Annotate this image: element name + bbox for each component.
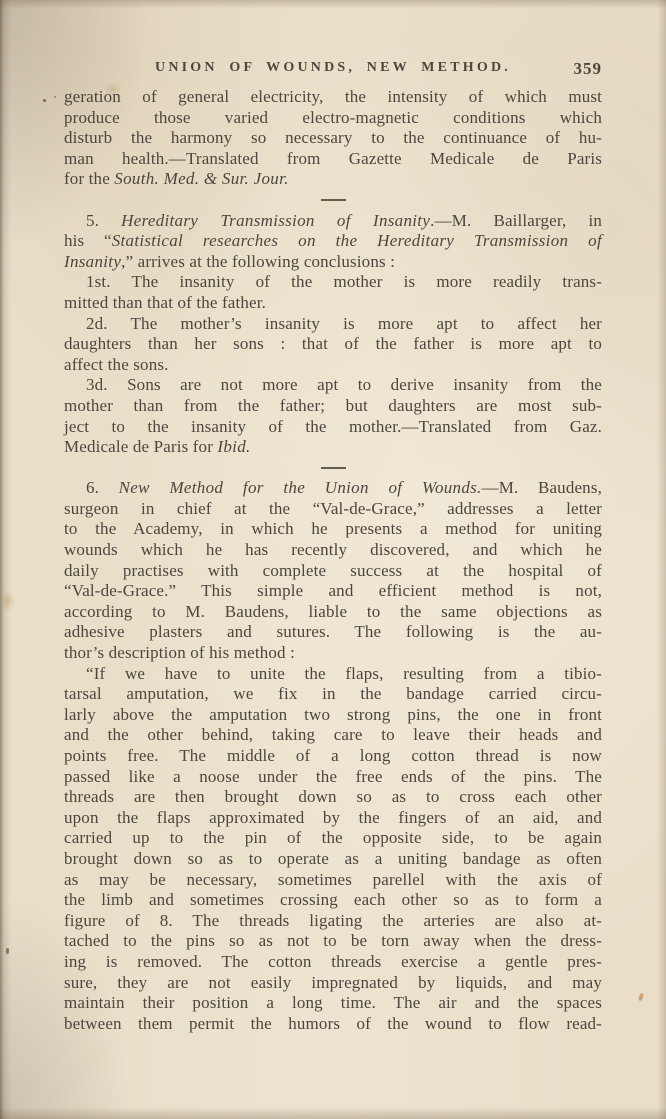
text-segment: for the	[64, 169, 114, 188]
text-line: brought down so as to operate as a uniti…	[64, 849, 602, 870]
text-segment: carried up to the pin of the opposite si…	[64, 828, 602, 847]
text-segment: upon the flaps approximated by the finge…	[64, 808, 602, 827]
text-line: “Val-de-Grace.” This simple and efficien…	[64, 581, 602, 602]
section-separator	[64, 190, 602, 211]
text-segment: mitted than that of the father.	[64, 293, 266, 312]
text-segment: “If we have to unite the flaps, resultin…	[86, 664, 602, 683]
text-line: between them permit the humors of the wo…	[64, 1014, 602, 1035]
text-segment: to the Academy, in which he presents a m…	[64, 519, 602, 538]
text-segment: disturb the harmony so necessary to the …	[64, 128, 602, 147]
text-segment: ject to the insanity of the mother.—Tran…	[64, 417, 602, 436]
text-segment: —M. Baudens,	[482, 478, 602, 497]
paper-speck	[6, 948, 9, 954]
text-segment: brought down so as to operate as a uniti…	[64, 849, 602, 868]
text-segment: surgeon in chief at the “Val-de-Grace,” …	[64, 499, 602, 518]
text-line: produce those varied electro-magnetic co…	[64, 108, 602, 129]
text-line: disturb the harmony so necessary to the …	[64, 128, 602, 149]
text-line: 1st. The insanity of the mother is more …	[64, 272, 602, 293]
text-line: ing is removed. The cotton threads exerc…	[64, 952, 602, 973]
text-segment: and the other behind, taking care to lea…	[64, 725, 602, 744]
text-segment: 3d. Sons are not more apt to derive insa…	[86, 375, 602, 394]
text-line: affect the sons.	[64, 355, 602, 376]
paper-stain	[0, 590, 16, 612]
paper-speck	[54, 96, 56, 98]
text-line: adhesive plasters and sutures. The follo…	[64, 622, 602, 643]
text-segment: according to M. Baudens, liable to the s…	[64, 602, 602, 621]
page-header: UNION OF WOUNDS, NEW METHOD. 359	[64, 60, 602, 80]
text-line: 6. New Method for the Union of Wounds.—M…	[64, 478, 602, 499]
text-line: geration of general electricity, the int…	[64, 87, 602, 108]
text-line: larly above the amputation two strong pi…	[64, 705, 602, 726]
italic-text: Insanity	[64, 252, 121, 271]
text-line: Insanity,” arrives at the following conc…	[64, 252, 602, 273]
text-segment: daughters than her sons : that of the fa…	[64, 334, 602, 353]
text-segment: daily practises with complete success at…	[64, 561, 602, 580]
text-segment: ,” arrives at the following conclusions …	[121, 252, 395, 271]
text-segment: his “	[64, 231, 112, 250]
text-line: figure of 8. The threads ligating the ar…	[64, 911, 602, 932]
book-page: UNION OF WOUNDS, NEW METHOD. 359 geratio…	[0, 0, 666, 1119]
text-segment: ing is removed. The cotton threads exerc…	[64, 952, 602, 971]
text-segment: man health.—Translated from Gazette Medi…	[64, 149, 602, 168]
text-segment: as may be necessary, sometimes parellel …	[64, 870, 602, 889]
text-line: ject to the insanity of the mother.—Tran…	[64, 417, 602, 438]
paragraph: geration of general electricity, the int…	[64, 87, 602, 190]
text-line: passed like a noose under the free ends …	[64, 767, 602, 788]
text-segment: .—M. Baillarger, in	[430, 211, 602, 230]
paragraph: 5. Hereditary Transmission of Insanity.—…	[64, 211, 602, 273]
text-segment: points free. The middle of a long cotton…	[64, 746, 602, 765]
text-line: mother than from the father; but daughte…	[64, 396, 602, 417]
text-line: upon the flaps approximated by the finge…	[64, 808, 602, 829]
text-line: surgeon in chief at the “Val-de-Grace,” …	[64, 499, 602, 520]
text-line: and the other behind, taking care to lea…	[64, 725, 602, 746]
text-segment: between them permit the humors of the wo…	[64, 1014, 602, 1033]
text-segment: tached to the pins so as not to be torn …	[64, 931, 602, 950]
text-segment: maintain their position a long time. The…	[64, 993, 602, 1012]
paragraph: 2d. The mother’s insanity is more apt to…	[64, 314, 602, 376]
text-line: 2d. The mother’s insanity is more apt to…	[64, 314, 602, 335]
italic-text: South. Med. & Sur. Jour.	[114, 169, 288, 188]
text-line: carried up to the pin of the opposite si…	[64, 828, 602, 849]
text-line: Medicale de Paris for Ibid.	[64, 437, 602, 458]
text-segment: tarsal amputation, we fix in the bandage…	[64, 684, 602, 703]
text-segment: geration of general electricity, the int…	[64, 87, 602, 106]
text-line: mitted than that of the father.	[64, 293, 602, 314]
text-line: according to M. Baudens, liable to the s…	[64, 602, 602, 623]
page-body: geration of general electricity, the int…	[64, 87, 602, 1034]
text-segment: produce those varied electro-magnetic co…	[64, 108, 602, 127]
text-line: sure, they are not easily impregnated by…	[64, 973, 602, 994]
text-line: points free. The middle of a long cotton…	[64, 746, 602, 767]
text-line: threads are then brought down so as to c…	[64, 787, 602, 808]
paragraph: 3d. Sons are not more apt to derive insa…	[64, 375, 602, 457]
text-segment: the limb and sometimes crossing each oth…	[64, 890, 602, 909]
text-line: man health.—Translated from Gazette Medi…	[64, 149, 602, 170]
paragraph: 6. New Method for the Union of Wounds.—M…	[64, 478, 602, 663]
text-line: his “Statistical researches on the Hered…	[64, 231, 602, 252]
text-line: maintain their position a long time. The…	[64, 993, 602, 1014]
text-segment: threads are then brought down so as to c…	[64, 787, 602, 806]
text-segment: adhesive plasters and sutures. The follo…	[64, 622, 602, 641]
text-segment: Medicale de Paris for	[64, 437, 217, 456]
text-segment: wounds which he has recently discovered,…	[64, 540, 602, 559]
text-segment: 6.	[86, 478, 119, 497]
text-line: daily practises with complete success at…	[64, 561, 602, 582]
paragraph: 1st. The insanity of the mother is more …	[64, 272, 602, 313]
section-separator	[64, 458, 602, 479]
text-line: 3d. Sons are not more apt to derive insa…	[64, 375, 602, 396]
separator-rule	[321, 199, 346, 201]
text-line: thor’s description of his method :	[64, 643, 602, 664]
separator-rule	[321, 467, 346, 469]
text-segment: mother than from the father; but daughte…	[64, 396, 602, 415]
text-segment: “Val-de-Grace.” This simple and efficien…	[64, 581, 602, 600]
text-segment: larly above the amputation two strong pi…	[64, 705, 602, 724]
running-title: UNION OF WOUNDS, NEW METHOD.	[64, 60, 602, 76]
italic-text: Statistical researches on the Hereditary…	[112, 231, 602, 250]
text-line: tached to the pins so as not to be torn …	[64, 931, 602, 952]
text-line: tarsal amputation, we fix in the bandage…	[64, 684, 602, 705]
text-line: the limb and sometimes crossing each oth…	[64, 890, 602, 911]
text-segment: 1st. The insanity of the mother is more …	[86, 272, 602, 291]
paragraph: “If we have to unite the flaps, resultin…	[64, 664, 602, 1035]
text-segment: passed like a noose under the free ends …	[64, 767, 602, 786]
text-line: for the South. Med. & Sur. Jour.	[64, 169, 602, 190]
paper-speck	[43, 99, 46, 102]
text-segment: 5.	[86, 211, 121, 230]
italic-text: Ibid.	[217, 437, 250, 456]
text-line: as may be necessary, sometimes parellel …	[64, 870, 602, 891]
text-line: “If we have to unite the flaps, resultin…	[64, 664, 602, 685]
page-number: 359	[574, 59, 603, 79]
italic-text: Hereditary Transmission of Insanity	[121, 211, 430, 230]
text-line: daughters than her sons : that of the fa…	[64, 334, 602, 355]
italic-text: New Method for the Union of Wounds.	[119, 478, 482, 497]
text-segment: affect the sons.	[64, 355, 169, 374]
paper-stain	[638, 993, 644, 1002]
text-segment: figure of 8. The threads ligating the ar…	[64, 911, 602, 930]
text-segment: 2d. The mother’s insanity is more apt to…	[86, 314, 602, 333]
text-line: to the Academy, in which he presents a m…	[64, 519, 602, 540]
text-segment: thor’s description of his method :	[64, 643, 295, 662]
text-line: wounds which he has recently discovered,…	[64, 540, 602, 561]
text-segment: sure, they are not easily impregnated by…	[64, 973, 602, 992]
text-line: 5. Hereditary Transmission of Insanity.—…	[64, 211, 602, 232]
